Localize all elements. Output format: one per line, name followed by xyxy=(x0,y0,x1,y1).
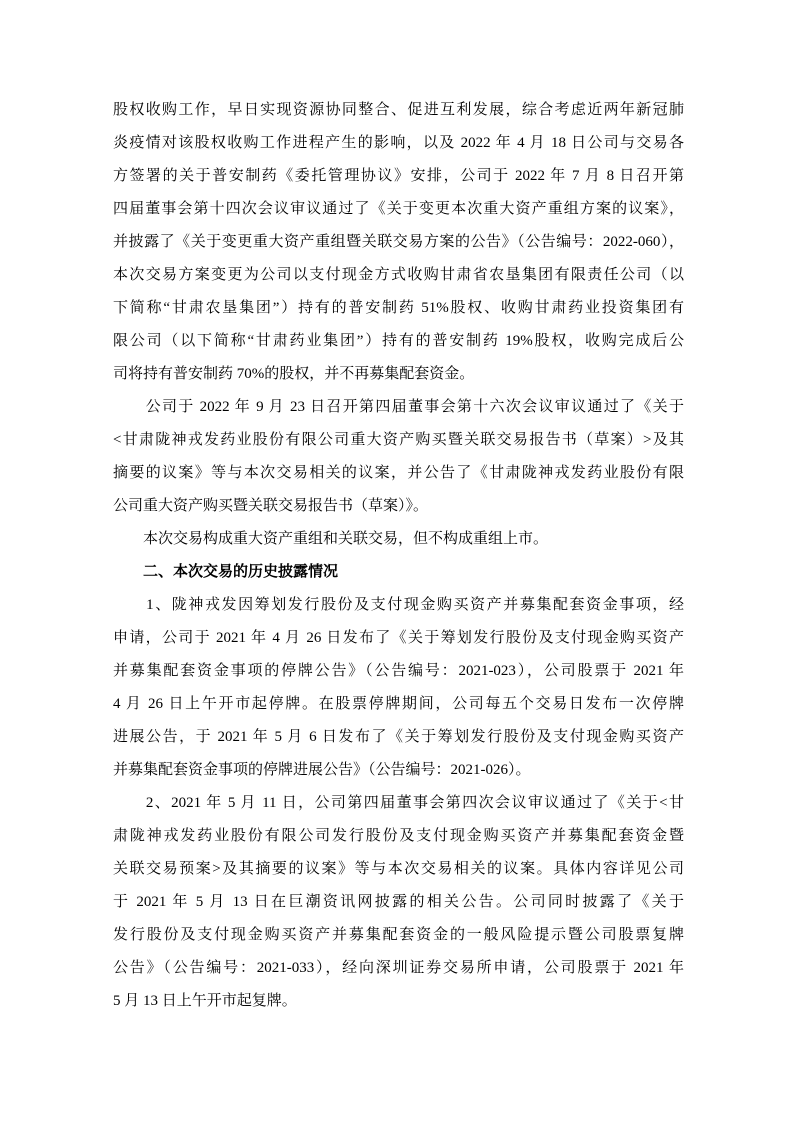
text-line: 5 月 13 日上午开市起复牌。 xyxy=(113,985,684,1018)
text-line: 发行股份及支付现金购买资产并募集配套资金的一般风险提示暨公司股票复牌 xyxy=(113,919,684,952)
text-line: 1、陇神戎发因筹划发行股份及支付现金购买资产并募集配套资金事项，经 xyxy=(113,589,684,622)
text-line: 并披露了《关于变更重大资产重组暨关联交易方案的公告》（公告编号：2022-060… xyxy=(113,226,684,259)
text-line: 四届董事会第十四次会议审议通过了《关于变更本次重大资产重组方案的议案》， xyxy=(113,193,684,226)
text-line: 二、本次交易的历史披露情况 xyxy=(113,556,684,589)
text-line: 方签署的关于普安制药《委托管理协议》安排，公司于 2022 年 7 月 8 日召… xyxy=(113,160,684,193)
text-line: <甘肃陇神戎发药业股份有限公司重大资产购买暨关联交易报告书（草案）>及其 xyxy=(113,424,684,457)
text-line: 下简称“甘肃农垦集团”）持有的普安制药 51%股权、收购甘肃药业投资集团有 xyxy=(113,292,684,325)
text-line: 申请，公司于 2021 年 4 月 26 日发布了《关于筹划发行股份及支付现金购… xyxy=(113,622,684,655)
text-line: 公司重大资产购买暨关联交易报告书（草案）》。 xyxy=(113,490,684,523)
paragraph: 股权收购工作，早日实现资源协同整合、促进互利发展，综合考虑近两年新冠肺炎疫情对该… xyxy=(113,94,684,391)
text-line: 公告》（公告编号：2021-033），经向深圳证券交易所申请，公司股票于 202… xyxy=(113,952,684,985)
text-line: 4 月 26 日上午开市起停牌。在股票停牌期间，公司每五个交易日发布一次停牌 xyxy=(113,688,684,721)
paragraph: 1、陇神戎发因筹划发行股份及支付现金购买资产并募集配套资金事项，经申请，公司于 … xyxy=(113,589,684,787)
document-body: 股权收购工作，早日实现资源协同整合、促进互利发展，综合考虑近两年新冠肺炎疫情对该… xyxy=(113,94,684,1018)
document-page: 股权收购工作，早日实现资源协同整合、促进互利发展，综合考虑近两年新冠肺炎疫情对该… xyxy=(0,0,793,1122)
section-heading: 二、本次交易的历史披露情况 xyxy=(113,556,684,589)
text-line: 司将持有普安制药 70%的股权，并不再募集配套资金。 xyxy=(113,358,684,391)
text-line: 限公司（以下简称“甘肃药业集团”）持有的普安制药 19%股权，收购完成后公 xyxy=(113,325,684,358)
text-line: 股权收购工作，早日实现资源协同整合、促进互利发展，综合考虑近两年新冠肺 xyxy=(113,94,684,127)
text-line: 炎疫情对该股权收购工作进程产生的影响，以及 2022 年 4 月 18 日公司与… xyxy=(113,127,684,160)
text-line: 公司于 2022 年 9 月 23 日召开第四届董事会第十六次会议审议通过了《关… xyxy=(113,391,684,424)
text-line: 肃陇神戎发药业股份有限公司发行股份及支付现金购买资产并募集配套资金暨 xyxy=(113,820,684,853)
paragraph: 本次交易构成重大资产重组和关联交易，但不构成重组上市。 xyxy=(113,523,684,556)
text-line: 并募集配套资金事项的停牌公告》（公告编号：2021-023），公司股票于 202… xyxy=(113,655,684,688)
text-line: 于 2021 年 5 月 13 日在巨潮资讯网披露的相关公告。公司同时披露了《关… xyxy=(113,886,684,919)
paragraph: 公司于 2022 年 9 月 23 日召开第四届董事会第十六次会议审议通过了《关… xyxy=(113,391,684,523)
text-line: 关联交易预案>及其摘要的议案》等与本次交易相关的议案。具体内容详见公司 xyxy=(113,853,684,886)
text-line: 本次交易方案变更为公司以支付现金方式收购甘肃省农垦集团有限责任公司（以 xyxy=(113,259,684,292)
text-line: 进展公告，于 2021 年 5 月 6 日发布了《关于筹划发行股份及支付现金购买… xyxy=(113,721,684,754)
text-line: 2、2021 年 5 月 11 日，公司第四届董事会第四次会议审议通过了《关于<… xyxy=(113,787,684,820)
text-line: 摘要的议案》等与本次交易相关的议案，并公告了《甘肃陇神戎发药业股份有限 xyxy=(113,457,684,490)
text-line: 并募集配套资金事项的停牌进展公告》（公告编号：2021-026）。 xyxy=(113,754,684,787)
text-line: 本次交易构成重大资产重组和关联交易，但不构成重组上市。 xyxy=(113,523,684,556)
paragraph: 2、2021 年 5 月 11 日，公司第四届董事会第四次会议审议通过了《关于<… xyxy=(113,787,684,1018)
